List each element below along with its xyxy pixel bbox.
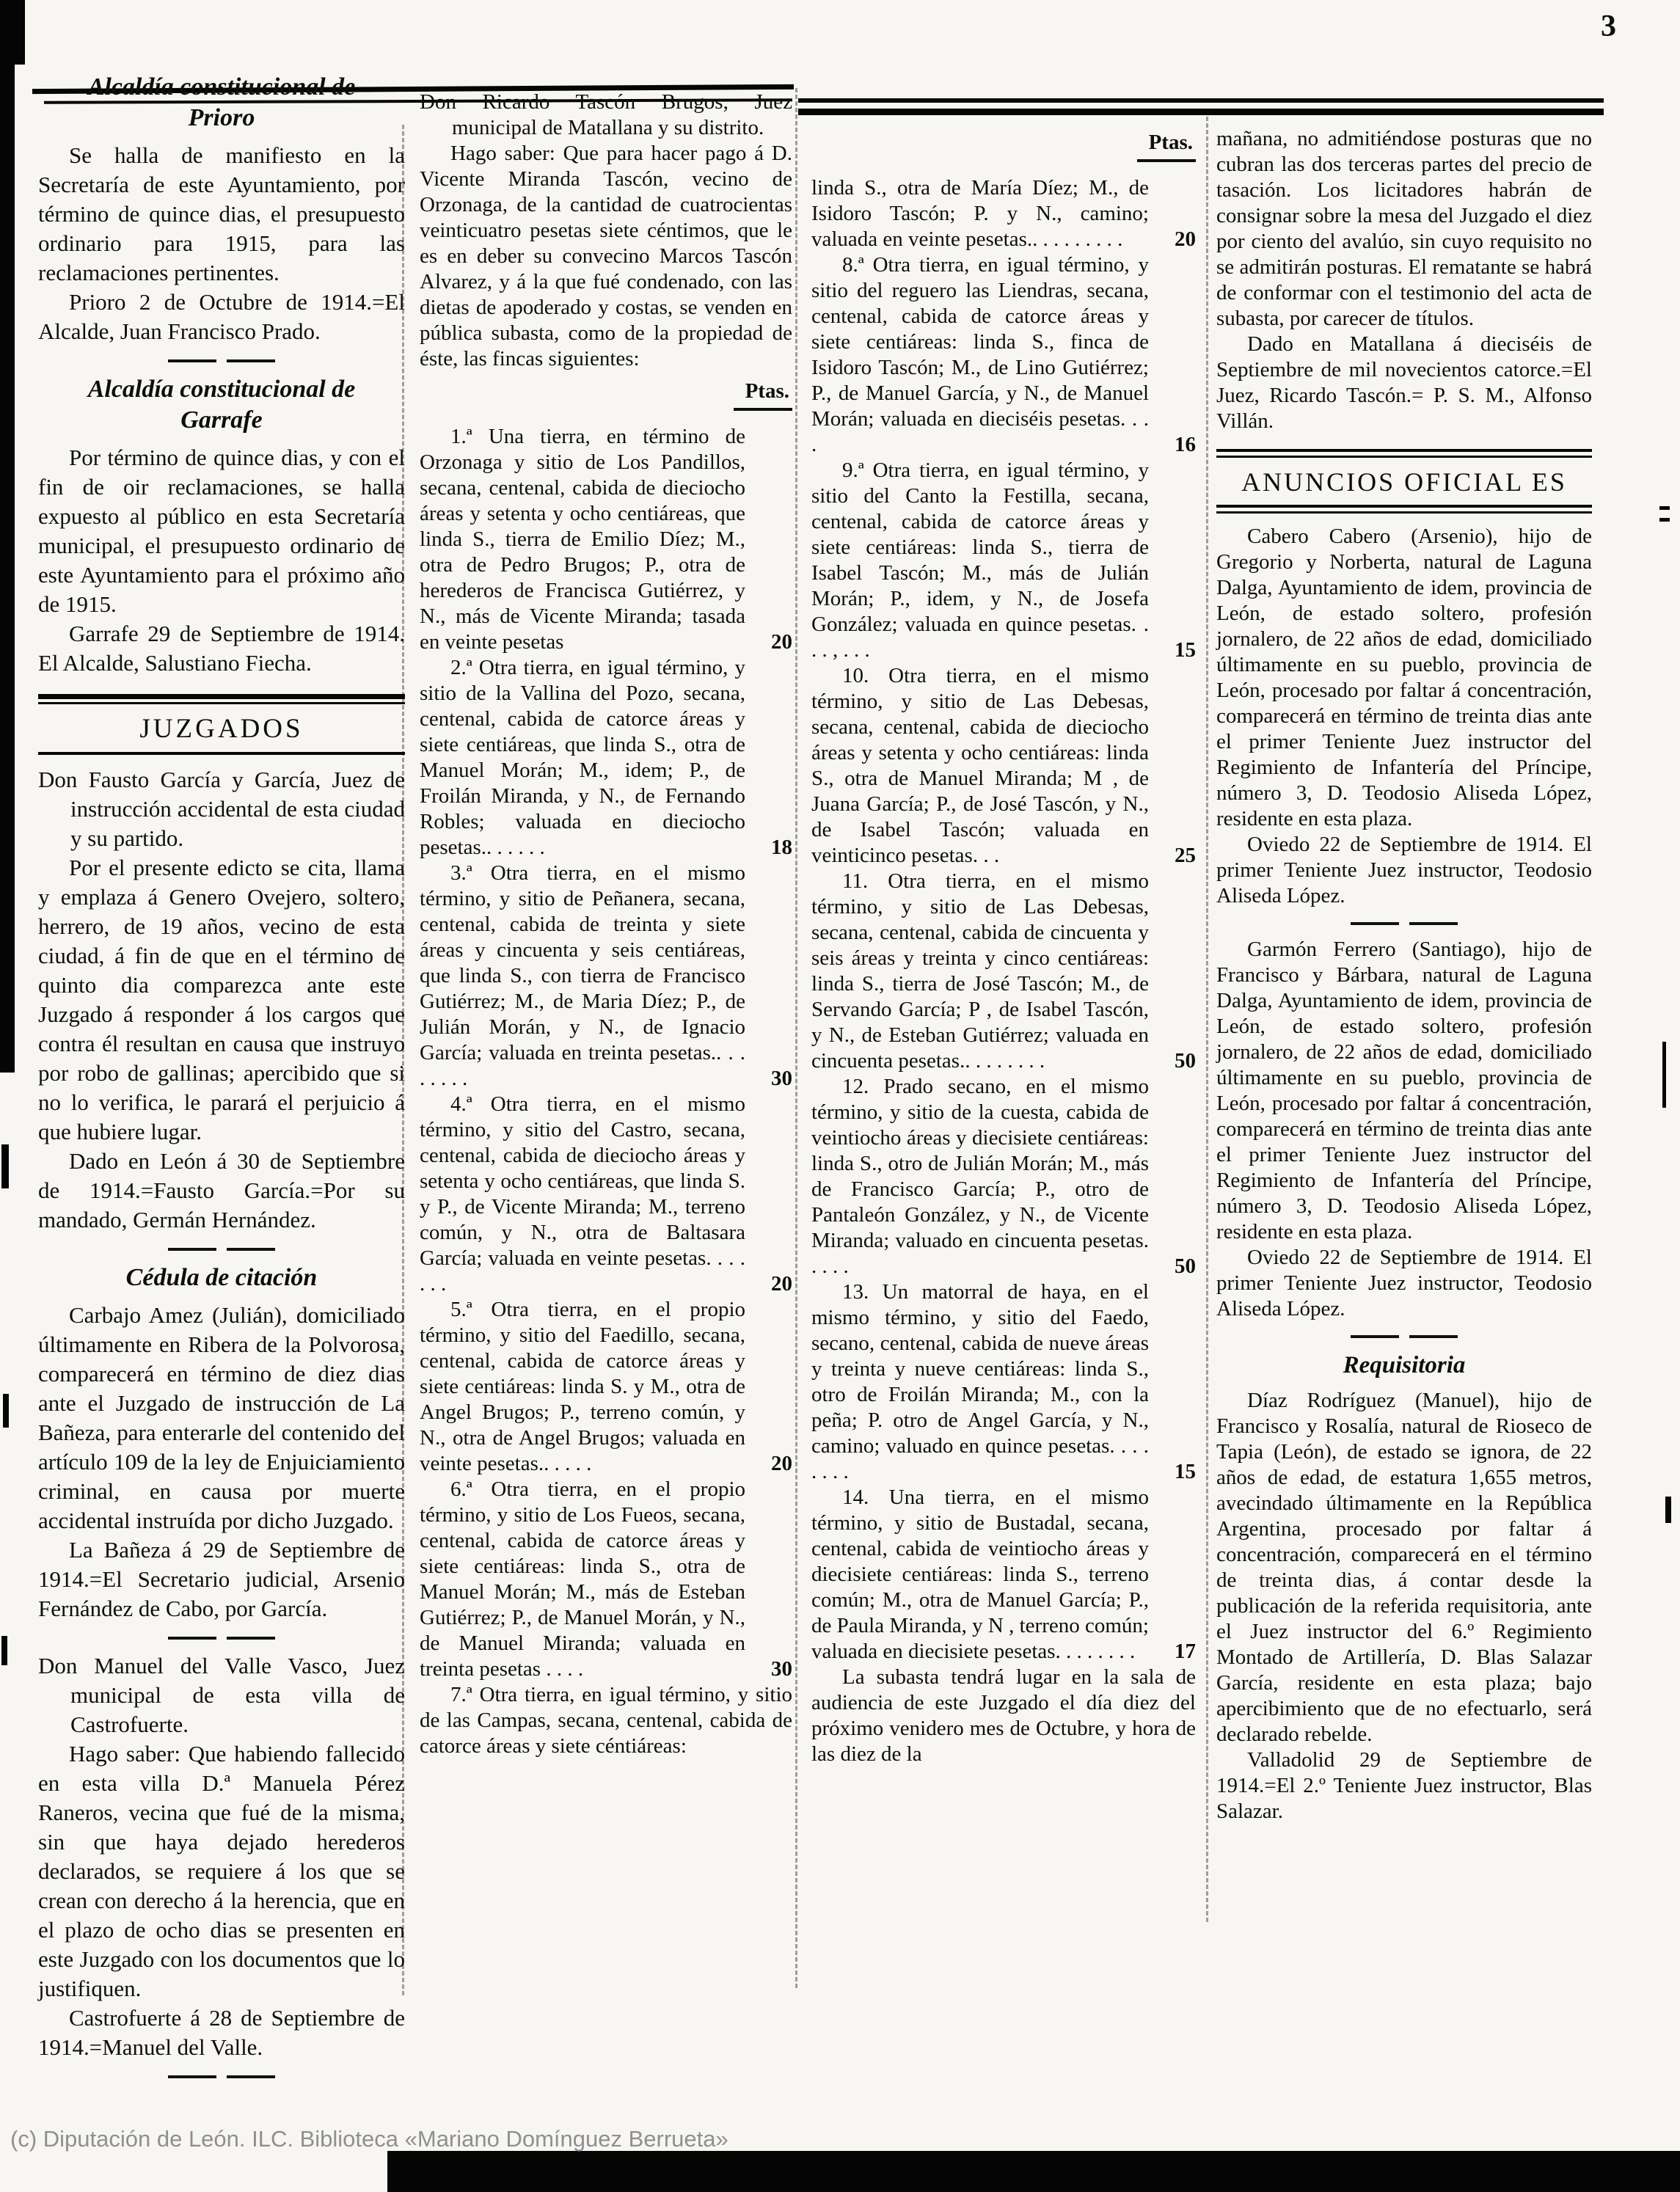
paragraph: Don Manuel del Valle Vasco, Juez municip… — [38, 1651, 405, 1739]
scan-edge-mark — [1659, 506, 1670, 510]
auction-item-text: 2.ª Otra tierra, en igual término, y sit… — [420, 656, 745, 859]
auction-item: 11. Otra tierra, en el mismo término, y … — [811, 869, 1196, 1074]
price-value: 50 — [1175, 1048, 1196, 1074]
article-heading: Alcaldía constitucional dePrioro — [38, 72, 405, 134]
paragraph: Por término de quince dias, y con el fin… — [38, 443, 405, 619]
price-value: 17 — [1175, 1639, 1196, 1665]
paragraph: 7.ª Otra tierra, en igual término, y sit… — [420, 1682, 792, 1759]
separator-rule — [1216, 1335, 1592, 1338]
article-heading-line: Alcaldía constitucional de — [88, 73, 356, 101]
price-value: 20 — [771, 1271, 792, 1297]
column-1: Alcaldía constitucional dePrioroSe halla… — [38, 60, 405, 2090]
auction-item-text: 9.ª Otra tierra, en igual término, y sit… — [811, 459, 1149, 662]
pesetas-column-label: Ptas. — [420, 379, 792, 411]
paragraph: Castrofuerte á 28 de Septiembre de 1914.… — [38, 2003, 405, 2062]
auction-item: linda S., otra de María Díez; M., de Isi… — [811, 175, 1196, 252]
section-header: JUZGADOS — [38, 694, 405, 755]
paragraph: Oviedo 22 de Septiembre de 1914. El prim… — [1216, 1245, 1592, 1322]
paragraph: Prioro 2 de Octubre de 1914.=El Alcalde,… — [38, 288, 405, 346]
price-value: 30 — [771, 1656, 792, 1682]
column-4: mañana, no admitiéndose posturas que no … — [1216, 126, 1592, 1824]
scan-edge-mark — [3, 1394, 9, 1428]
paragraph: Carbajo Amez (Julián), domiciliado últim… — [38, 1301, 405, 1535]
scan-edge-mark — [0, 60, 15, 1073]
scan-edge-mark — [1, 1144, 9, 1188]
paragraph: Garmón Ferrero (Santiago), hijo de Franc… — [1216, 937, 1592, 1245]
article-heading: Cédula de citación — [38, 1263, 405, 1293]
auction-item-text: 12. Prado secano, en el mismo término, y… — [811, 1075, 1149, 1278]
auction-item: 1.ª Una tierra, en término de Orzonaga y… — [420, 424, 792, 655]
price-value: 15 — [1175, 637, 1196, 663]
auction-item-text: 1.ª Una tierra, en término de Orzonaga y… — [420, 425, 745, 654]
paragraph: Se halla de manifiesto en la Secretaría … — [38, 141, 405, 288]
column-3: Ptas.linda S., otra de María Díez; M., d… — [811, 123, 1196, 1767]
bulletin-page: 3 Alcaldía constitucional dePrioroSe hal… — [0, 0, 1680, 2192]
article-heading-line: Requisitoria — [1343, 1352, 1466, 1378]
auction-item: 9.ª Otra tierra, en igual término, y sit… — [811, 458, 1196, 663]
auction-item: 8.ª Otra tierra, en igual término, y sit… — [811, 252, 1196, 458]
price-value: 50 — [1175, 1254, 1196, 1279]
separator-rule — [38, 359, 405, 362]
article-heading: Requisitoria — [1216, 1350, 1592, 1381]
paragraph: Don Ricardo Tascón Brugos, Juez municipa… — [420, 89, 792, 141]
separator-rule — [38, 1637, 405, 1640]
price-value: 30 — [771, 1066, 792, 1092]
price-value: 20 — [771, 1451, 792, 1477]
pesetas-label-text: Ptas. — [734, 379, 792, 411]
article-heading-line: Prioro — [189, 104, 255, 131]
auction-item-text: 11. Otra tierra, en el mismo término, y … — [811, 869, 1149, 1073]
paragraph: La Bañeza á 29 de Septiembre de 1914.=El… — [38, 1535, 405, 1623]
auction-item: 4.ª Otra tierra, en el mismo término, y … — [420, 1092, 792, 1297]
section-title: JUZGADOS — [38, 704, 405, 752]
auction-item: 3.ª Otra tierra, en el mismo término, y … — [420, 861, 792, 1092]
paragraph: La subasta tendrá lugar en la sala de au… — [811, 1665, 1196, 1767]
scan-edge-mark — [1, 1636, 7, 1665]
auction-item: 6.ª Otra tierra, en el propio término, y… — [420, 1477, 792, 1682]
paragraph: Hago saber: Que habiendo fallecido en es… — [38, 1739, 405, 2003]
paragraph: Don Fausto García y García, Juez de inst… — [38, 765, 405, 853]
auction-item-text: 10. Otra tierra, en el mismo término, y … — [811, 664, 1149, 867]
auction-item-text: 14. Una tierra, en el mismo término, y s… — [811, 1486, 1149, 1663]
section-header: ANUNCIOS OFICIAL ES — [1216, 449, 1592, 514]
column-divider — [795, 88, 797, 1988]
paragraph: Dado en Matallana á dieciséis de Septiem… — [1216, 332, 1592, 434]
auction-item: 5.ª Otra tierra, en el propio término, y… — [420, 1297, 792, 1477]
paragraph: Por el presente edicto se cita, llama y … — [38, 853, 405, 1147]
auction-item-text: 13. Un matorral de haya, en el mismo tér… — [811, 1280, 1149, 1483]
paragraph: Hago saber: Que para hacer pago á D. Vic… — [420, 141, 792, 372]
scan-edge-mark — [1662, 1042, 1666, 1108]
auction-item-text: linda S., otra de María Díez; M., de Isi… — [811, 176, 1149, 251]
auction-item: 10. Otra tierra, en el mismo término, y … — [811, 663, 1196, 869]
separator-rule — [38, 2075, 405, 2078]
auction-item-text: 4.ª Otra tierra, en el mismo término, y … — [420, 1092, 745, 1296]
section-title: ANUNCIOS OFICIAL ES — [1216, 458, 1592, 505]
page-number: 3 — [1601, 9, 1616, 44]
paragraph: Garrafe 29 de Septiembre de 1914. El Alc… — [38, 619, 405, 678]
top-rule-right — [798, 98, 1604, 103]
price-value: 15 — [1175, 1459, 1196, 1485]
price-value: 20 — [771, 629, 792, 655]
scan-edge-mark — [1665, 1497, 1671, 1523]
paragraph: Oviedo 22 de Septiembre de 1914. El prim… — [1216, 832, 1592, 909]
article-heading: Alcaldía constitucional deGarrafe — [38, 374, 405, 436]
paragraph: mañana, no admitiéndose posturas que no … — [1216, 126, 1592, 332]
pesetas-column-label: Ptas. — [811, 131, 1196, 162]
paragraph: Cabero Cabero (Arsenio), hijo de Gregori… — [1216, 524, 1592, 832]
article-heading-line: Alcaldía constitucional de — [88, 376, 356, 403]
top-rule-right-echo — [798, 109, 1604, 115]
price-value: 25 — [1175, 843, 1196, 869]
auction-item: 13. Un matorral de haya, en el mismo tér… — [811, 1279, 1196, 1485]
separator-rule — [1216, 922, 1592, 925]
auction-item-text: 6.ª Otra tierra, en el propio término, y… — [420, 1477, 745, 1681]
separator-rule — [38, 1248, 405, 1251]
auction-item: 2.ª Otra tierra, en igual término, y sit… — [420, 655, 792, 861]
auction-item-text: 8.ª Otra tierra, en igual término, y sit… — [811, 253, 1149, 456]
scan-edge-mark — [1659, 518, 1670, 522]
article-heading-line: Cédula de citación — [126, 1264, 318, 1291]
paragraph: Díaz Rodríguez (Manuel), hijo de Francis… — [1216, 1388, 1592, 1747]
auction-item-text: 3.ª Otra tierra, en el mismo término, y … — [420, 861, 745, 1090]
auction-item: 12. Prado secano, en el mismo término, y… — [811, 1074, 1196, 1279]
column-divider — [1206, 110, 1208, 1922]
price-value: 16 — [1175, 432, 1196, 458]
footer-credit: (c) Diputación de León. ILC. Biblioteca … — [10, 2126, 728, 2152]
paragraph: Dado en León á 30 de Septiembre de 1914.… — [38, 1147, 405, 1235]
price-value: 20 — [1175, 227, 1196, 252]
scan-edge-mark — [0, 0, 25, 65]
pesetas-label-text: Ptas. — [1137, 131, 1196, 162]
auction-item-text: 5.ª Otra tierra, en el propio término, y… — [420, 1298, 745, 1475]
article-heading-line: Garrafe — [180, 406, 262, 434]
bottom-scan-bar — [387, 2151, 1680, 2192]
price-value: 18 — [771, 835, 792, 861]
column-2: Don Ricardo Tascón Brugos, Juez municipa… — [420, 89, 792, 1759]
auction-item: 14. Una tierra, en el mismo término, y s… — [811, 1485, 1196, 1665]
paragraph: Valladolid 29 de Septiembre de 1914.=El … — [1216, 1747, 1592, 1824]
